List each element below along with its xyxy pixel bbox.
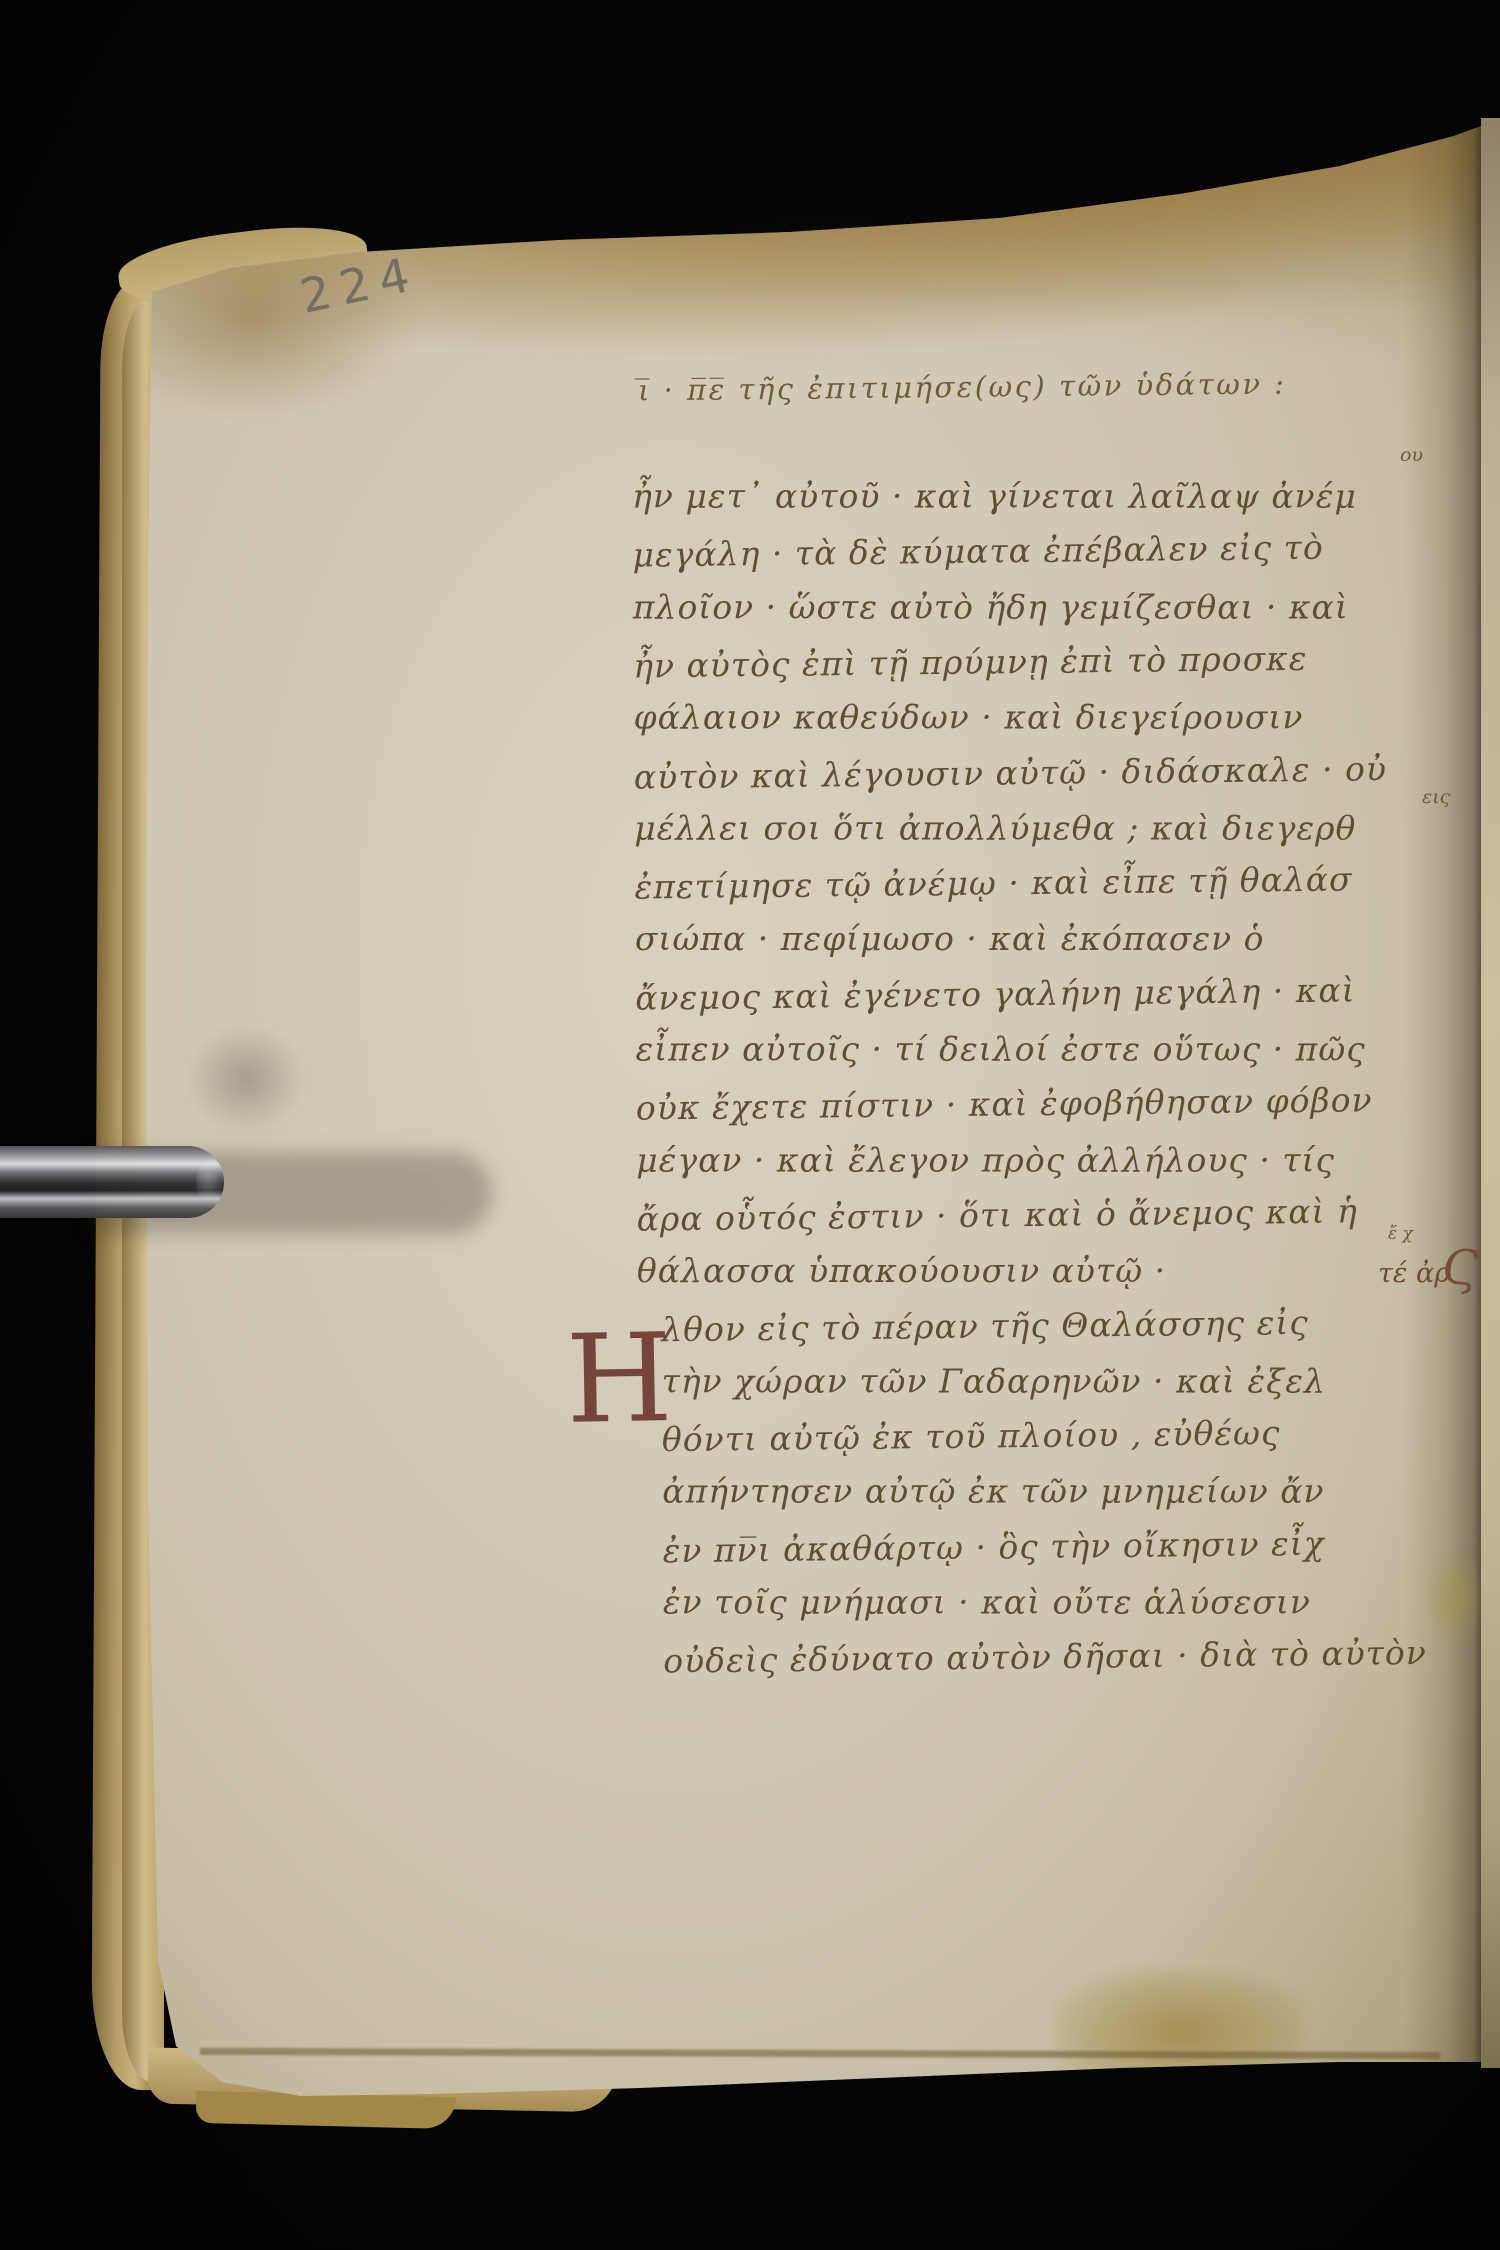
text-line: μέλλει σοι ὅτι ἀπολλύμεθα ; καὶ διεγερθ: [634, 808, 1356, 847]
text-line: θόντι αὐτῷ ἐκ τοῦ πλοίου , εὐθέως: [662, 1413, 1281, 1459]
text-line: ἐπετίμησε τῷ ἀνέμῳ · καὶ εἶπε τῇ θαλάσ: [634, 860, 1352, 907]
superscript-abbreviation: εις: [1422, 786, 1450, 808]
lection-siglum: Ϛ: [1442, 1240, 1479, 1296]
text-line: ἦν μετ᾽ αὐτοῦ · καὶ γίνεται λαῖλαψ ἀνέμ: [632, 476, 1357, 515]
text-line: τὴν χώραν τῶν Γαδαρηνῶν · καὶ ἐξελ: [662, 1361, 1326, 1400]
lection-note: τέ ἀρ: [1378, 1258, 1450, 1289]
text-line: μέγαν · καὶ ἔλεγον πρὸς ἀλλήλους · τίς: [636, 1140, 1335, 1179]
text-line: θάλασσα ὑπακούουσιν αὐτῷ ·: [637, 1251, 1166, 1290]
text-line: ἄνεμος καὶ ἐγένετο γαλήνη μεγάλη · καὶ: [635, 970, 1356, 1017]
parchment-page: 224 ι̅ · π̅ε̅ τῆς ἐπιτιμήσε(ως) τῶν ὑδάτ…: [0, 0, 1500, 2250]
text-line: σιώπα · πεφίμωσο · καὶ ἐκόπασεν ὁ: [635, 919, 1265, 958]
glass-page-clip-tip: [196, 1160, 226, 1204]
text-block: ἦν μετ᾽ αὐτοῦ · καὶ γίνεται λαῖλαψ ἀνέμμ…: [0, 0, 1500, 2250]
rubricated-initial: Η: [565, 1317, 674, 1441]
text-line: ἀπήντησεν αὐτῷ ἐκ τῶν μνημείων ἄν: [662, 1472, 1324, 1511]
leaf-edge-stack: [196, 2091, 457, 2129]
text-line: οὐδεὶς ἐδύνατο αὐτὸν δῆσαι · διὰ τὸ αὐτὸ…: [663, 1633, 1427, 1681]
text-line: οὐκ ἔχετε πίστιν · καὶ ἐφοβήθησαν φόβον: [636, 1081, 1373, 1128]
facing-page-sliver: [1481, 118, 1500, 2068]
text-line: πλοῖον · ὥστε αὐτὸ ἤδη γεμίζεσθαι · καὶ: [633, 587, 1349, 626]
text-line: εἶπεν αὐτοῖς · τί δειλοί ἐστε οὕτως · πῶ…: [636, 1029, 1366, 1068]
text-line: φάλαιον καθεύδων · καὶ διεγείρουσιν: [634, 698, 1304, 737]
lection-superscript: ἔ χ: [1388, 1224, 1413, 1244]
text-line: μεγάλη · τὰ δὲ κύματα ἐπέβαλεν εἰς τὸ: [632, 528, 1324, 575]
text-line: ἐν τοῖς μνήμασι · καὶ οὔτε ἁλύσεσιν: [663, 1583, 1311, 1622]
text-line: λθον εἰς τὸ πέραν τῆς Θαλάσσης εἰς: [661, 1302, 1309, 1348]
text-line: ἐν πν̅ι ἀκαθάρτῳ · ὃς τὴν οἴκησιν εἶχ: [662, 1523, 1325, 1570]
glass-page-clip: [0, 1146, 224, 1218]
text-line: ἄρα οὗτός ἐστιν · ὅτι καὶ ὁ ἄνεμος καὶ ἡ: [636, 1191, 1358, 1238]
text-line: ἦν αὐτὸς ἐπὶ τῇ πρύμνῃ ἐπὶ τὸ προσκε: [633, 639, 1308, 686]
text-line: αὐτὸν καὶ λέγουσιν αὐτῷ · διδάσκαλε · οὐ: [634, 749, 1387, 797]
superscript-abbreviation: ου: [1400, 444, 1423, 466]
manuscript-photo: 224 ι̅ · π̅ε̅ τῆς ἐπιτιμήσε(ως) τῶν ὑδάτ…: [0, 0, 1500, 2250]
